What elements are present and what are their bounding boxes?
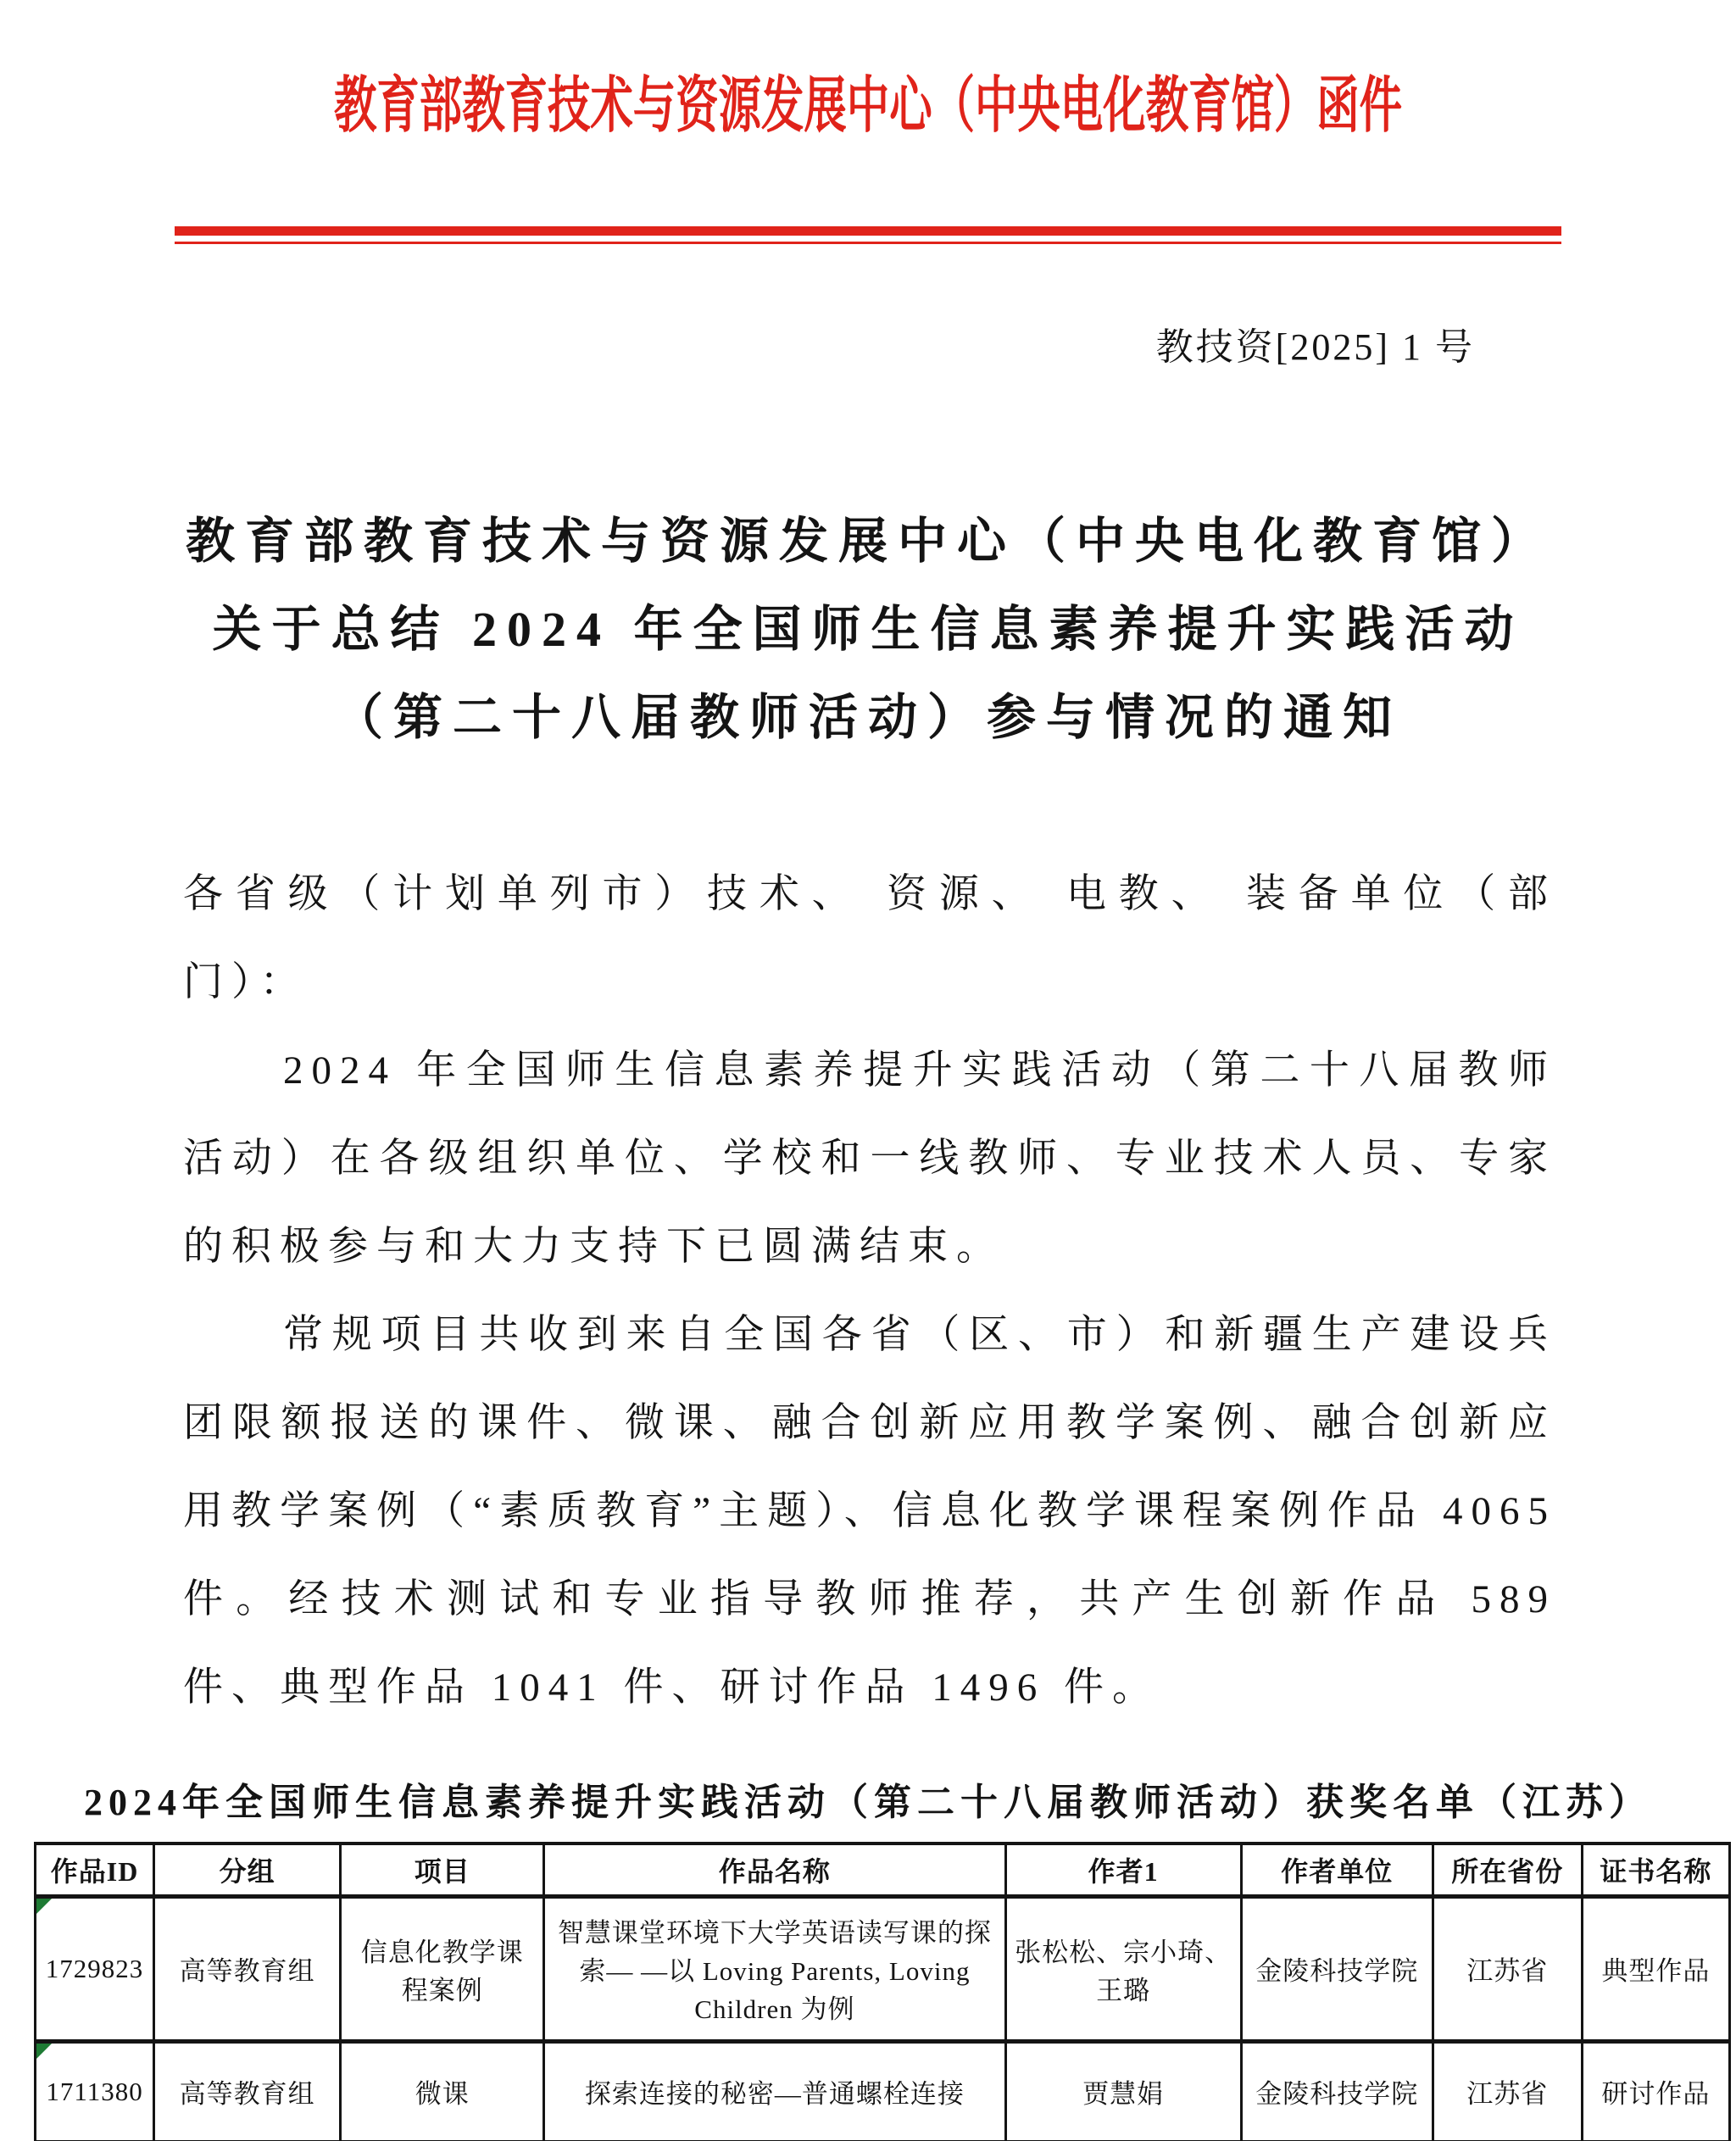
- cell-work-name: 智慧课堂环境下大学英语读写课的探索— —以 Loving Parents, Lo…: [544, 1896, 1005, 2041]
- cell-province: 江苏省: [1433, 1896, 1582, 2041]
- cell-work-name: 探索连接的秘密—普通螺栓连接: [544, 2041, 1005, 2141]
- cell-project: 信息化教学课程案例: [341, 1896, 544, 2041]
- document-title-line-2: 关于总结 2024 年全国师生信息素养提升实践活动: [0, 586, 1736, 674]
- work-id-value: 1729823: [46, 1954, 144, 1983]
- cell-group: 高等教育组: [154, 2041, 341, 2141]
- salutation-paragraph: 各省级（计划单列市）技术、 资源、 电教、 装备单位（部门）：: [183, 850, 1556, 1026]
- letterhead-title: 教育部教育技术与资源发展中心（中央电化教育馆）函件: [260, 73, 1476, 140]
- scanned-official-letter: { "colors": { "accent_red": "#e0231a", "…: [0, 0, 1736, 2141]
- col-header-province: 所在省份: [1433, 1843, 1582, 1897]
- document-title-line-3: （第二十八届教师活动）参与情况的通知: [0, 674, 1736, 762]
- cell-certificate: 典型作品: [1582, 1896, 1729, 2041]
- cell-province: 江苏省: [1433, 2041, 1582, 2141]
- excel-corner-marker-icon: [36, 2044, 52, 2059]
- award-table: 作品ID 分组 项目 作品名称 作者1 作者单位 所在省份 证书名称 17298…: [34, 1842, 1731, 2141]
- cell-certificate: 研讨作品: [1582, 2041, 1729, 2141]
- cell-work-id: 1729823: [36, 1896, 154, 2041]
- divider-thin-line: [175, 242, 1561, 244]
- cell-project: 微课: [341, 2041, 544, 2141]
- excel-corner-marker-icon: [36, 1899, 52, 1914]
- col-header-project: 项目: [341, 1843, 544, 1897]
- document-number: 教技资[2025] 1 号: [0, 325, 1736, 370]
- paragraph-activity-summary: 2024 年全国师生信息素养提升实践活动（第二十八届教师活动）在各级组织单位、学…: [183, 1026, 1556, 1291]
- document-title-line-1: 教育部教育技术与资源发展中心（中央电化教育馆）: [0, 498, 1736, 586]
- divider-thick-line: [175, 226, 1561, 236]
- col-header-author1: 作者1: [1005, 1843, 1241, 1897]
- cell-group: 高等教育组: [154, 1896, 341, 2041]
- table-row: 1711380 高等教育组 微课 探索连接的秘密—普通螺栓连接 贾慧娟 金陵科技…: [36, 2041, 1730, 2141]
- document-title: 教育部教育技术与资源发展中心（中央电化教育馆） 关于总结 2024 年全国师生信…: [0, 498, 1736, 762]
- cell-work-id: 1711380: [36, 2041, 154, 2141]
- award-table-header-row: 作品ID 分组 项目 作品名称 作者1 作者单位 所在省份 证书名称: [36, 1843, 1730, 1897]
- work-id-value: 1711380: [46, 2077, 142, 2106]
- cell-author-org: 金陵科技学院: [1241, 1896, 1433, 2041]
- col-header-author-org: 作者单位: [1241, 1843, 1433, 1897]
- letter-body: 各省级（计划单列市）技术、 资源、 电教、 装备单位（部门）： 2024 年全国…: [183, 850, 1556, 1732]
- paragraph-submission-stats: 常规项目共收到来自全国各省（区、市）和新疆生产建设兵团限额报送的课件、微课、融合…: [183, 1291, 1556, 1732]
- col-header-certificate: 证书名称: [1582, 1843, 1729, 1897]
- divider-gap: [175, 236, 1561, 242]
- col-header-work-id: 作品ID: [36, 1843, 154, 1897]
- cell-author1: 贾慧娟: [1005, 2041, 1241, 2141]
- cell-author1: 张松松、宗小琦、王璐: [1005, 1896, 1241, 2041]
- cell-author-org: 金陵科技学院: [1241, 2041, 1433, 2141]
- table-row: 1729823 高等教育组 信息化教学课程案例 智慧课堂环境下大学英语读写课的探…: [36, 1896, 1730, 2041]
- award-table-caption: 2024年全国师生信息素养提升实践活动（第二十八届教师活动）获奖名单（江苏）: [0, 1781, 1736, 1825]
- col-header-group: 分组: [154, 1843, 341, 1897]
- col-header-work-name: 作品名称: [544, 1843, 1005, 1897]
- letterhead-divider: [175, 226, 1561, 244]
